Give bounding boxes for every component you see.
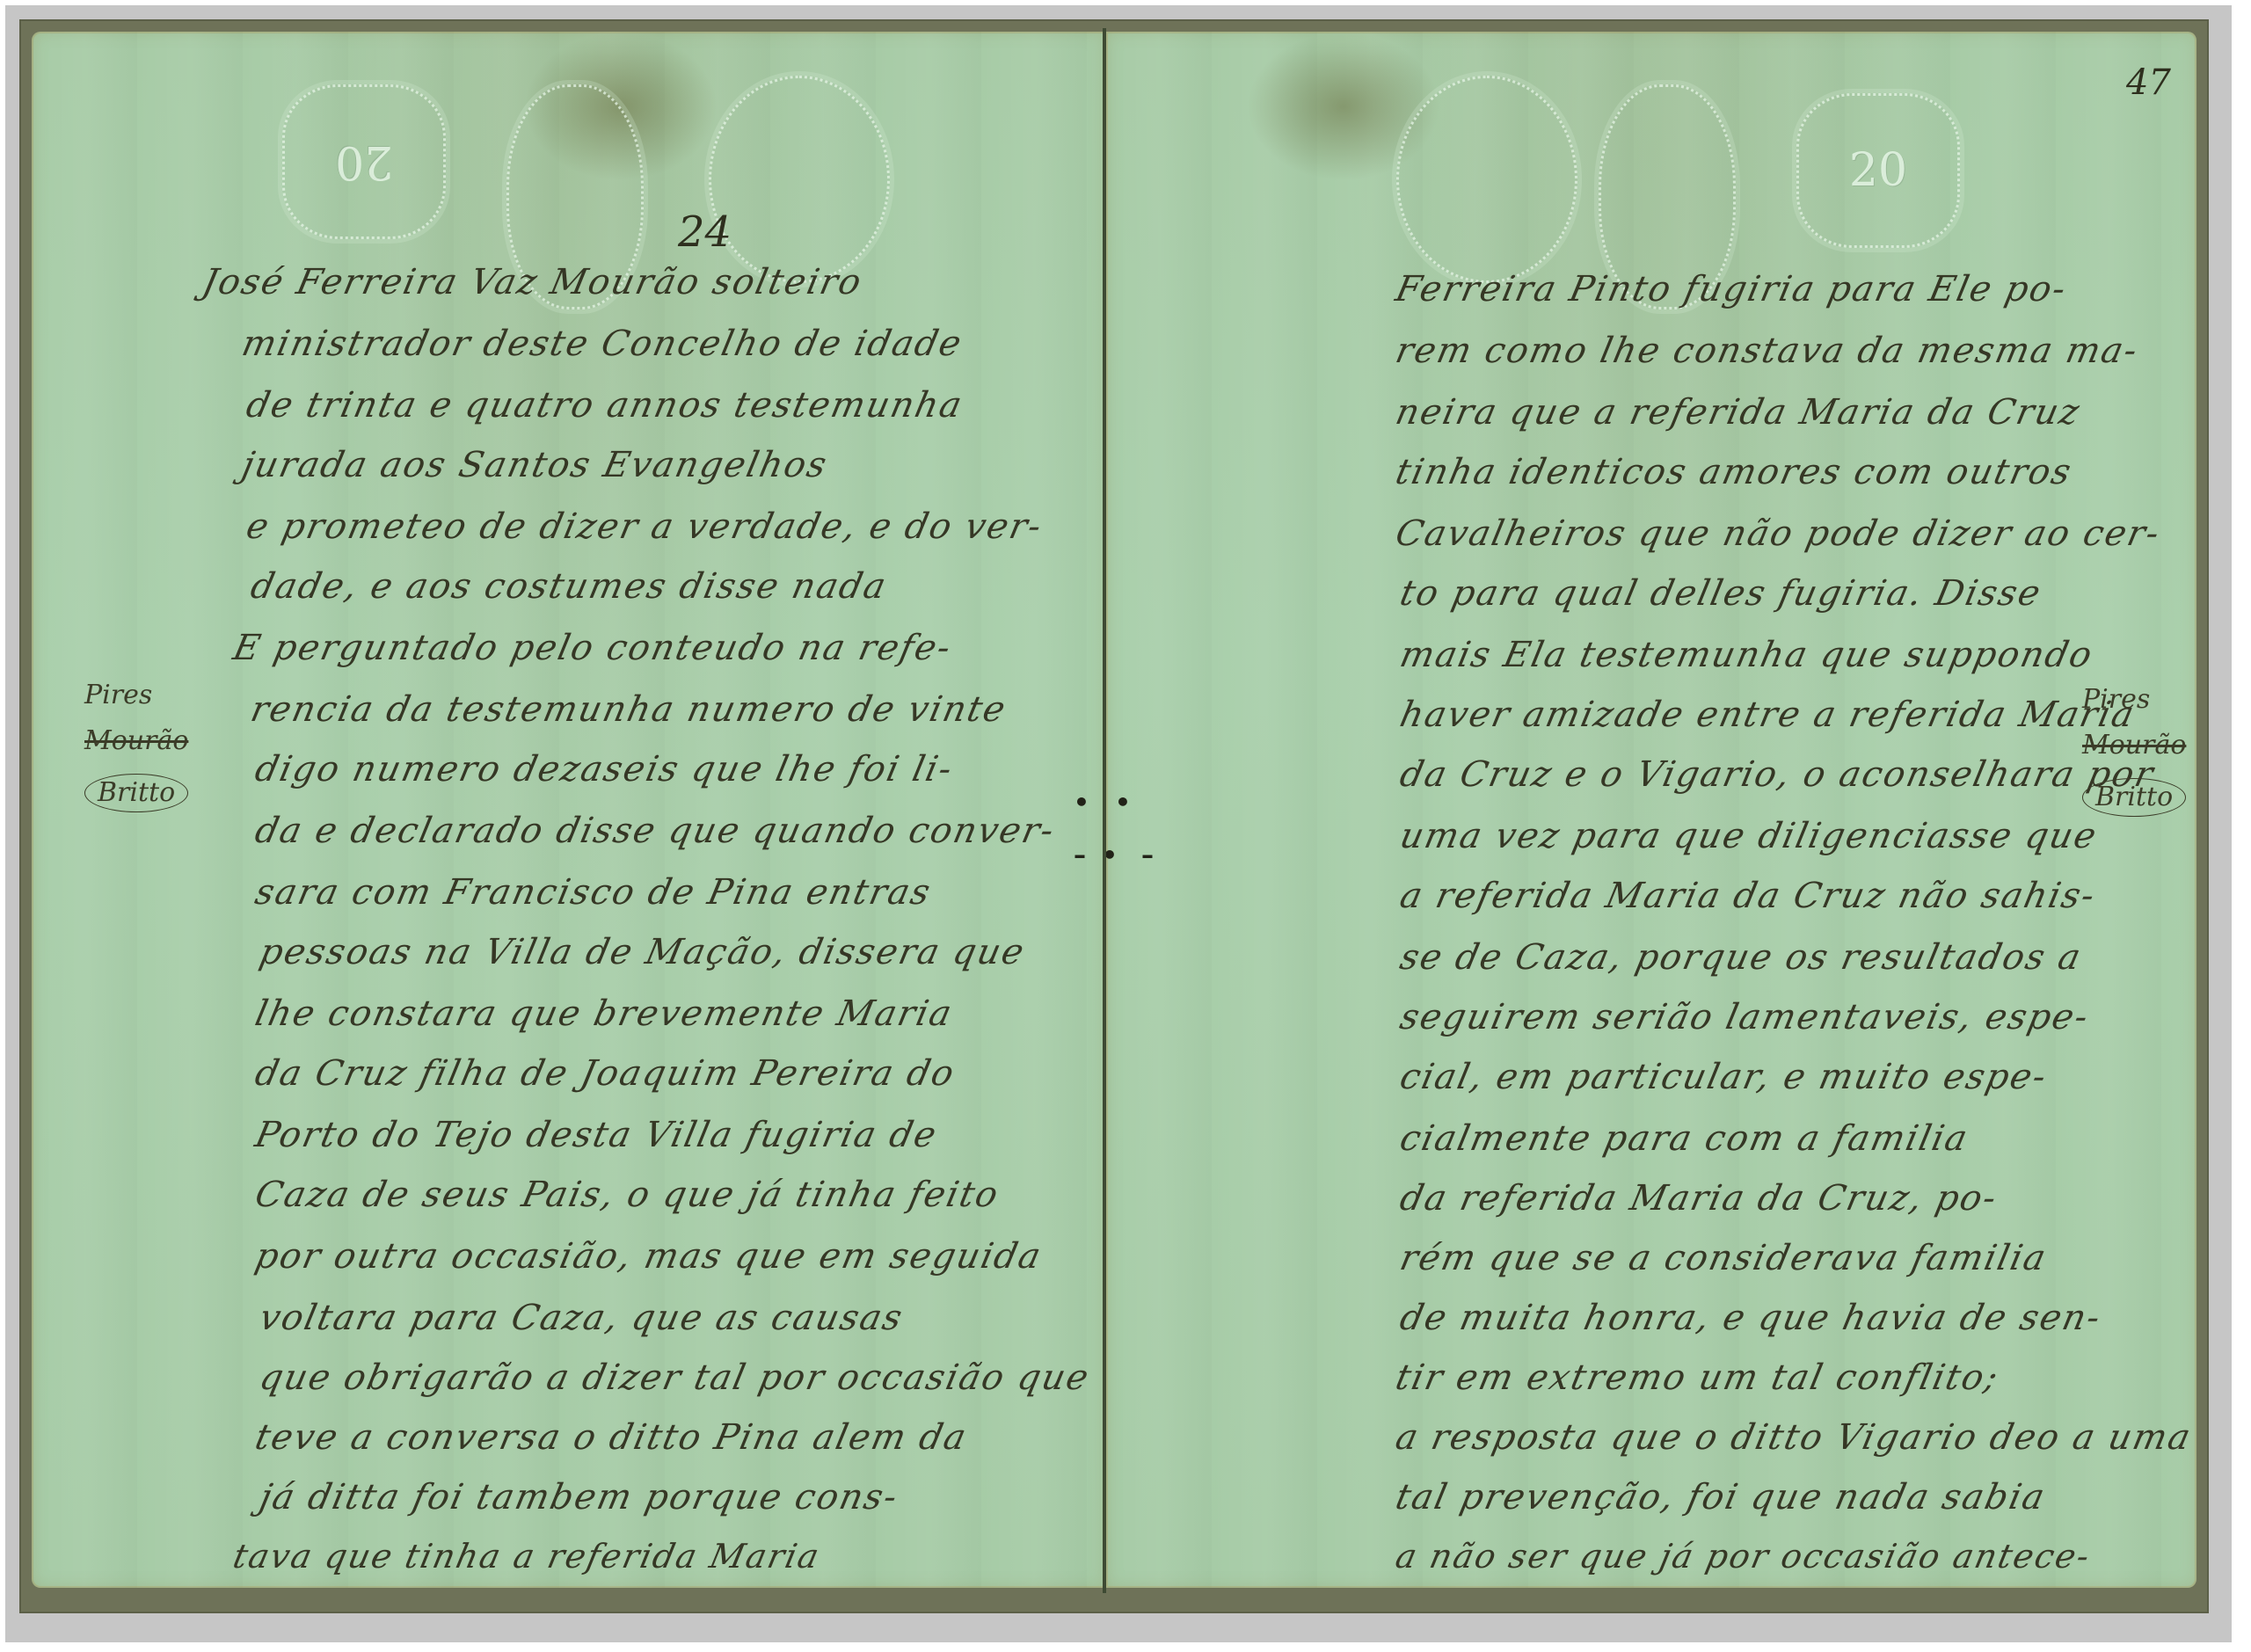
text-line: jurada aos Santos Evangelhos	[238, 445, 832, 485]
left-page: 20 24 José Ferreira Vaz Mourão solteiro …	[32, 32, 1104, 1588]
text-line: pessoas na Villa de Mação, dissera que	[256, 932, 1029, 972]
fold-mark: –	[1141, 841, 1154, 870]
text-line: da Cruz filha de Joaquim Pereira do	[251, 1053, 958, 1094]
text-line: seguirem serião lamentaveis, espe-	[1396, 997, 2093, 1037]
text-line: haver amizade entre a referida Maria	[1396, 695, 2138, 735]
text-line: por outra occasião, mas que em seguida	[251, 1236, 1045, 1277]
signature-mourao: Mourão	[84, 728, 188, 754]
text-line: Ferreira Pinto fugiria para Ele po-	[1392, 269, 2071, 309]
signature-britto: Britto	[2082, 778, 2186, 817]
text-line: José Ferreira Vaz Mourão solteiro	[199, 262, 866, 302]
text-line: tir em extremo um tal conflito;	[1392, 1357, 2003, 1398]
text-line: da referida Maria da Cruz, po-	[1396, 1178, 2001, 1219]
text-line: Cavalheiros que não pode dizer ao cer-	[1392, 513, 2164, 554]
page-number: 24	[678, 207, 732, 257]
text-line: rem como lhe constava da mesma ma-	[1392, 331, 2142, 371]
text-line: neira que a referida Maria da Cruz	[1392, 392, 2084, 433]
text-line: E perguntado pelo conteudo na refe-	[229, 628, 956, 668]
text-line: rencia da testemunha numero de vinte	[247, 689, 1010, 730]
text-line: sara com Francisco de Pina entras	[251, 872, 935, 913]
right-page: 20 47 Ferreira Pinto fugiria para Ele po…	[1106, 32, 2196, 1588]
scan-frame: 20 24 José Ferreira Vaz Mourão solteiro …	[19, 19, 2209, 1613]
text-line: cialmente para com a familia	[1396, 1118, 1972, 1159]
text-line: tava que tinha a referida Maria	[229, 1537, 824, 1576]
fold-mark: –	[1074, 841, 1086, 870]
text-line: Porto do Tejo desta Villa fugiria de	[251, 1115, 941, 1155]
embossed-stamp-octagon: 20	[1796, 93, 1960, 248]
text-line: dade, e aos costumes disse nada	[247, 566, 891, 607]
text-line: to para qual delles fugiria. Disse	[1396, 573, 2045, 614]
text-line: tal prevenção, foi que nada sabia	[1392, 1477, 2050, 1517]
text-line: já ditta foi tambem porque cons-	[256, 1477, 902, 1517]
text-line: lhe constara que brevemente Maria	[251, 993, 957, 1034]
text-line: de muita honra, e que havia de sen-	[1396, 1298, 2105, 1338]
text-line: teve a conversa o ditto Pina alem da	[251, 1417, 971, 1458]
text-line: e prometeo de dizer a verdade, e do ver-	[243, 506, 1046, 547]
text-line: ministrador deste Concelho de idade	[238, 324, 966, 364]
signature-pires: Pires	[84, 682, 188, 709]
embossed-stamp-oval	[1396, 76, 1577, 283]
embossed-stamp-oval	[709, 76, 890, 283]
text-line: que obrigarão a dizer tal por occasião q…	[256, 1357, 1094, 1398]
text-line: uma vez para que diligenciasse que	[1396, 816, 2102, 856]
text-line: a referida Maria da Cruz não sahis-	[1396, 876, 2100, 916]
margin-signatures: Pires Mourão Britto	[2082, 687, 2186, 836]
text-line: da e declarado disse que quando conver-	[251, 811, 1059, 851]
image-viewer-background: 20 24 José Ferreira Vaz Mourão solteiro …	[5, 5, 2232, 1642]
stamp-value: 20	[1849, 144, 1907, 197]
stamp-value: 20	[335, 135, 393, 188]
text-line: digo numero dezaseis que lhe foi li-	[251, 749, 957, 790]
margin-signatures: Pires Mourão Britto	[84, 682, 188, 832]
text-line: a não ser que já por occasião antece-	[1392, 1537, 2094, 1576]
text-line: se de Caza, porque os resultados a	[1396, 937, 2086, 978]
fold-mark: •	[1115, 788, 1131, 817]
text-line: de trinta e quatro annos testemunha	[243, 385, 967, 426]
embossed-stamp-octagon: 20	[282, 84, 446, 239]
fold-mark: •	[1106, 841, 1118, 870]
signature-mourao: Mourão	[2082, 732, 2186, 759]
fold-mark: •	[1074, 788, 1089, 817]
text-line: a resposta que o ditto Vigario deo a uma	[1392, 1417, 2196, 1458]
text-line: mais Ela testemunha que suppondo	[1396, 635, 2097, 675]
text-line: da Cruz e o Vigario, o aconselhara por	[1396, 754, 2158, 795]
signature-britto: Britto	[84, 774, 188, 812]
text-line: tinha identicos amores com outros	[1392, 452, 2076, 492]
text-line: cial, em particular, e muito espe-	[1396, 1057, 2051, 1097]
text-line: voltara para Caza, que as causas	[256, 1298, 907, 1338]
text-line: Caza de seus Pais, o que já tinha feito	[251, 1175, 1003, 1215]
text-line: rém que se a considerava familia	[1396, 1238, 2051, 1278]
page-number: 47	[2126, 62, 2171, 103]
signature-pires: Pires	[2082, 687, 2186, 713]
